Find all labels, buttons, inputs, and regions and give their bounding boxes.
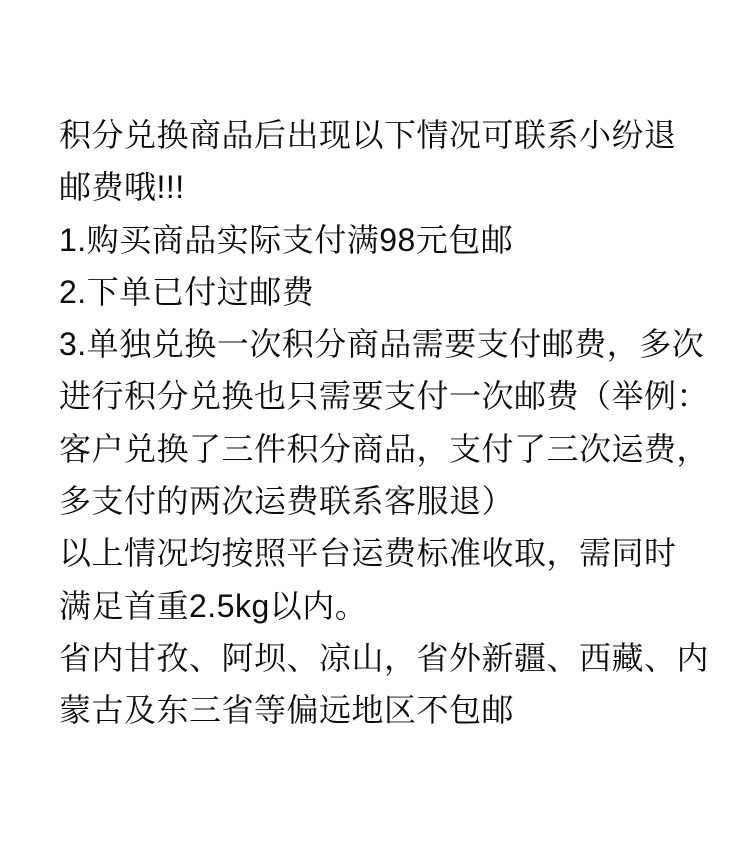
notice-line: 3.单独兑换一次积分商品需要支付邮费，多次	[59, 318, 710, 370]
notice-line: 多支付的两次运费联系客服退）	[59, 475, 710, 527]
notice-line: 1.购买商品实际支付满98元包邮	[59, 214, 710, 266]
shipping-notice: 积分兑换商品后出现以下情况可联系小纷退 邮费哦!!! 1.购买商品实际支付满98…	[0, 0, 750, 737]
notice-line: 蒙古及东三省等偏远地区不包邮	[59, 684, 710, 736]
notice-line: 客户兑换了三件积分商品，支付了三次运费，	[59, 423, 710, 475]
notice-line: 2.下单已付过邮费	[59, 266, 710, 318]
notice-line: 进行积分兑换也只需要支付一次邮费（举例：	[59, 370, 710, 422]
notice-line: 省内甘孜、阿坝、凉山，省外新疆、西藏、内	[59, 632, 710, 684]
notice-line: 积分兑换商品后出现以下情况可联系小纷退	[59, 109, 710, 161]
notice-line: 满足首重2.5kg以内。	[59, 580, 710, 632]
notice-line: 邮费哦!!!	[59, 161, 710, 213]
notice-line: 以上情况均按照平台运费标准收取，需同时	[59, 527, 710, 579]
